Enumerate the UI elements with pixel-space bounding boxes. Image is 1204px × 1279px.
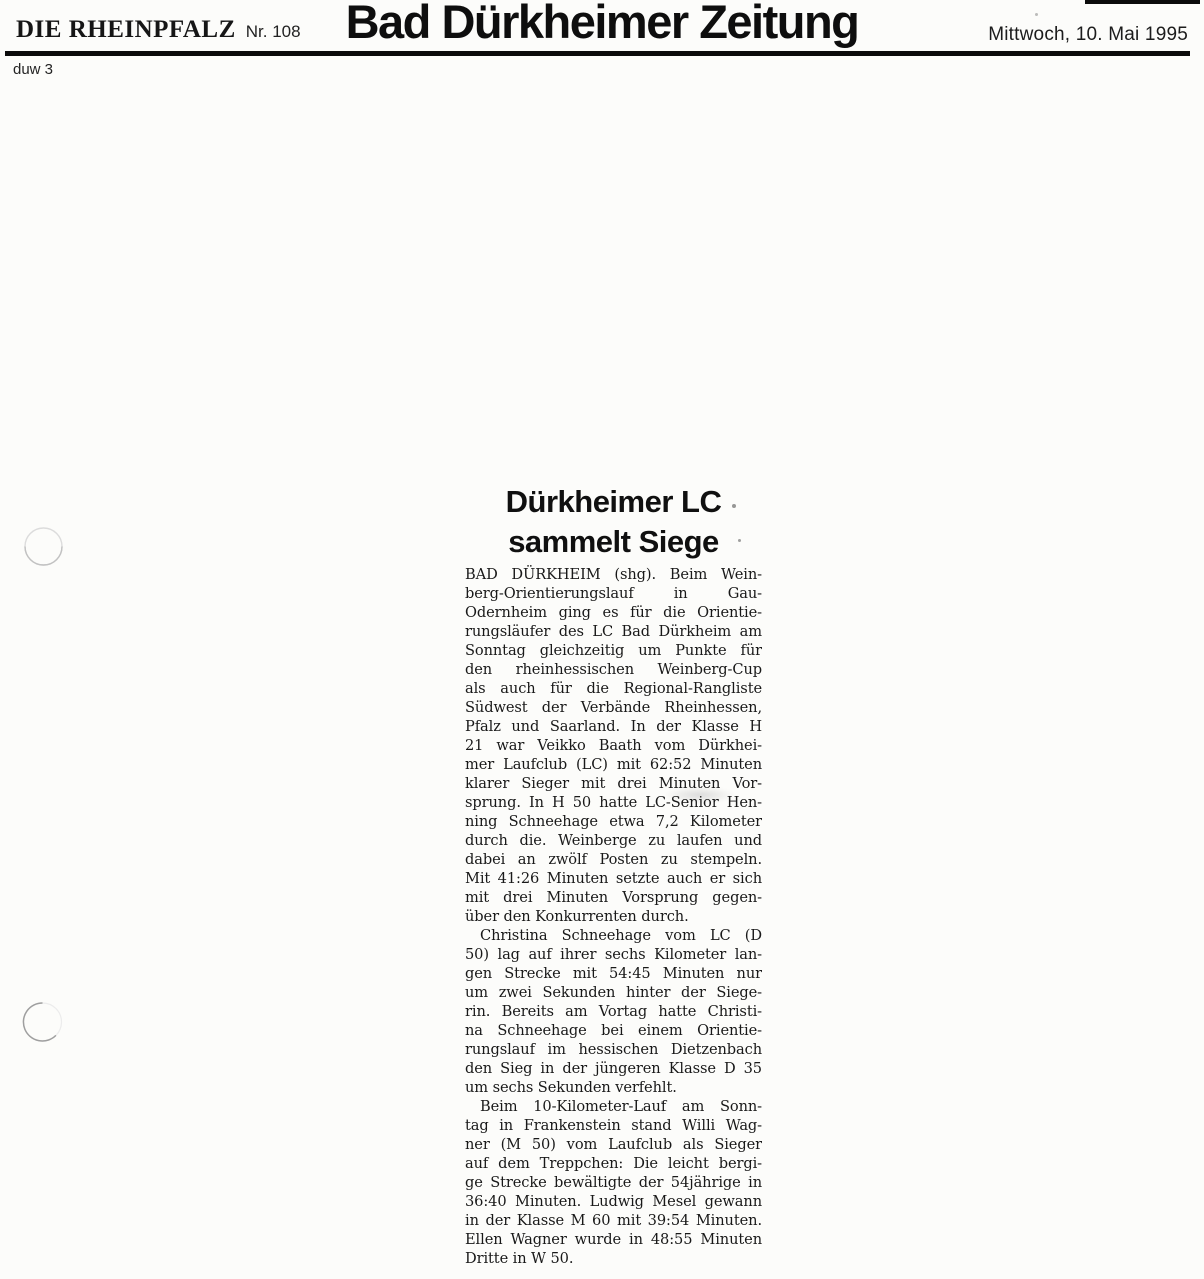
article-line: mer Laufclub (LC) mit 62:52 Minuten xyxy=(465,755,762,774)
article-line: Sonntag gleichzeitig um Punkte für xyxy=(465,641,762,660)
header-rule xyxy=(5,51,1190,56)
article-line: rungslauf im hessischen Dietzenbach xyxy=(465,1040,762,1059)
section-code: duw 3 xyxy=(13,61,53,78)
article-line: Pfalz und Saarland. In der Klasse H xyxy=(465,717,762,736)
article-line: sprung. In H 50 hatte LC-Senior Hen- xyxy=(465,793,762,812)
article-line: Odernheim ging es für die Orientie- xyxy=(465,603,762,622)
article-line: Dritte in W 50. xyxy=(465,1249,762,1268)
article-paragraph: Beim 10-Kilometer-Lauf am Sonn-tag in Fr… xyxy=(465,1097,762,1268)
article-line: auf dem Treppchen: Die leicht bergi- xyxy=(465,1154,762,1173)
article-line: Christina Schneehage vom LC (D xyxy=(465,926,762,945)
article-line: klarer Sieger mit drei Minuten Vor- xyxy=(465,774,762,793)
article-line: dabei an zwölf Posten zu stempeln. xyxy=(465,850,762,869)
hole-punch-top-icon xyxy=(25,528,62,565)
article-line: gen Strecke mit 54:45 Minuten nur xyxy=(465,964,762,983)
article-line: Ellen Wagner wurde in 48:55 Minuten xyxy=(465,1230,762,1249)
article-line: 36:40 Minuten. Ludwig Mesel gewann xyxy=(465,1192,762,1211)
hole-punch-bottom-icon xyxy=(24,1003,62,1041)
article-headline: Dürkheimer LC sammelt Siege xyxy=(465,482,762,562)
article-line: in der Klasse M 60 mit 39:54 Minuten. xyxy=(465,1211,762,1230)
article-line: 21 war Veikko Baath vom Dürkhei- xyxy=(465,736,762,755)
article-line: 50) lag auf ihrer sechs Kilometer lan- xyxy=(465,945,762,964)
article-line: um sechs Sekunden verfehlt. xyxy=(465,1078,762,1097)
edition-date: Mittwoch, 10. Mai 1995 xyxy=(988,24,1188,46)
article-line: den rheinhessischen Weinberg-Cup xyxy=(465,660,762,679)
article-line: tag in Frankenstein stand Willi Wag- xyxy=(465,1116,762,1135)
article-line: ning Schneehage etwa 7,2 Kilometer xyxy=(465,812,762,831)
article-line: mit drei Minuten Vorsprung gegen- xyxy=(465,888,762,907)
article-line: als auch für die Regional-Rangliste xyxy=(465,679,762,698)
article-line: ge Strecke bewältigte der 54jährige in xyxy=(465,1173,762,1192)
article-line: rungsläufer des LC Bad Dürkheim am xyxy=(465,622,762,641)
article-paragraph: Christina Schneehage vom LC (D50) lag au… xyxy=(465,926,762,1097)
article-line: Südwest der Verbände Rheinhessen, xyxy=(465,698,762,717)
headline-line: Dürkheimer LC xyxy=(465,482,762,522)
article-line: na Schneehage bei einem Orientie- xyxy=(465,1021,762,1040)
article-line: berg-Orientierungslauf in Gau- xyxy=(465,584,762,603)
scan-speck xyxy=(1035,13,1038,16)
article-line: über den Konkurrenten durch. xyxy=(465,907,762,926)
article-paragraph: BAD DÜRKHEIM (shg). Beim Wein-berg-Orien… xyxy=(465,565,762,926)
article-line: ner (M 50) vom Laufclub als Sieger xyxy=(465,1135,762,1154)
article-line: den Sieg in der jüngeren Klasse D 35 xyxy=(465,1059,762,1078)
headline-line: sammelt Siege xyxy=(465,522,762,562)
hole-punch-top-shadow xyxy=(25,547,62,566)
scanned-newspaper-page: { "page": { "masthead": "DIE RHEINPFALZ"… xyxy=(0,0,1204,1279)
article-line: Beim 10-Kilometer-Lauf am Sonn- xyxy=(465,1097,762,1116)
article-line: durch die. Weinberge zu laufen und xyxy=(465,831,762,850)
article-line: um zwei Sekunden hinter der Siege- xyxy=(465,983,762,1002)
article-body: BAD DÜRKHEIM (shg). Beim Wein-berg-Orien… xyxy=(465,565,762,1268)
article-line: Mit 41:26 Minuten setzte auch er sich xyxy=(465,869,762,888)
article-line: rin. Bereits am Vortag hatte Christi- xyxy=(465,1002,762,1021)
hole-punch-bottom-arc xyxy=(23,1003,55,1041)
article-line: BAD DÜRKHEIM (shg). Beim Wein- xyxy=(465,565,762,584)
scan-edge-mark xyxy=(1085,0,1200,4)
